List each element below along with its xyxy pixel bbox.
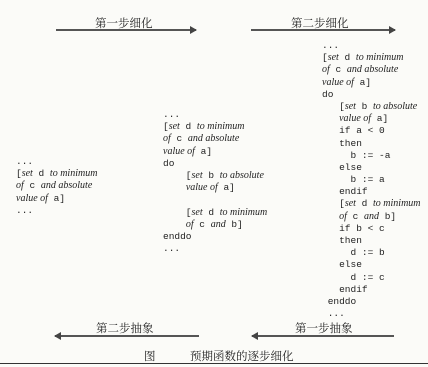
arrow-right-icon — [251, 29, 395, 31]
code-text: endif — [322, 186, 368, 197]
code-text: [ — [163, 170, 192, 181]
code-text: enddo — [163, 231, 192, 242]
code-line: do — [322, 89, 421, 101]
code-line: then — [322, 235, 421, 247]
code-text: do — [322, 89, 333, 100]
code-text: b — [356, 101, 373, 112]
code-text: then — [322, 138, 362, 149]
pseudocode-text: to minimum — [197, 121, 245, 132]
code-text: ... — [16, 156, 33, 167]
code-line: of c and absolute — [322, 64, 421, 76]
code-line: ... — [16, 156, 97, 168]
code-text: if a < 0 — [322, 125, 385, 136]
code-line: if a < 0 — [322, 125, 421, 137]
code-line: ... — [322, 40, 421, 52]
code-text: if b < c — [322, 223, 385, 234]
pseudocode-text: and absolute — [347, 64, 398, 75]
code-line: [set d to minimum — [163, 207, 267, 219]
pseudocode-text: set — [328, 52, 339, 63]
code-block-step2: ...[set d to minimumof c and absoluteval… — [322, 40, 421, 320]
pseudocode-text: set — [345, 101, 356, 112]
figure-label: 图 — [144, 348, 156, 364]
code-line: [set d to minimum — [163, 121, 267, 133]
code-line: ... — [163, 243, 267, 255]
code-text — [163, 219, 186, 230]
code-line: [set b to absolute — [163, 170, 267, 182]
pseudocode-text: to minimum — [373, 198, 421, 209]
code-line: value of a] — [16, 193, 97, 205]
figure-title: 预期函数的逐步细化 — [190, 348, 294, 364]
caption-underline — [0, 363, 428, 364]
code-text — [322, 113, 339, 124]
code-text: enddo — [322, 296, 356, 307]
code-line: of c and b] — [163, 219, 267, 231]
pseudocode-text: of — [339, 211, 347, 222]
pseudocode-text: value of — [163, 146, 195, 157]
code-text: c — [171, 133, 188, 144]
code-line: b := a — [322, 174, 421, 186]
code-text: ... — [163, 109, 180, 120]
code-line: of c and b] — [322, 211, 421, 223]
pseudocode-text: of — [16, 180, 24, 191]
code-text: a] — [371, 113, 388, 124]
code-line: [set d to minimum — [322, 198, 421, 210]
pseudocode-text: set — [169, 121, 180, 132]
pseudocode-text: to minimum — [50, 168, 98, 179]
pseudocode-text: set — [192, 207, 203, 218]
code-text: d — [356, 198, 373, 209]
code-text: c — [330, 64, 347, 75]
code-line — [163, 194, 267, 206]
code-line: endif — [322, 284, 421, 296]
pseudocode-text: value of — [339, 113, 371, 124]
code-line: else — [322, 162, 421, 174]
code-line: d := b — [322, 247, 421, 259]
code-text: do — [163, 158, 174, 169]
abstract-step1-label: 第一步抽象 — [295, 320, 353, 336]
pseudocode-text: and absolute — [41, 180, 92, 191]
code-line: enddo — [322, 296, 421, 308]
code-text: a] — [218, 182, 235, 193]
code-text: [ — [322, 198, 345, 209]
code-text: b] — [226, 219, 243, 230]
code-line: endif — [322, 186, 421, 198]
pseudocode-text: value of — [186, 182, 218, 193]
code-line: [set b to absolute — [322, 101, 421, 113]
code-line: ... — [16, 205, 97, 217]
pseudocode-text: and — [211, 219, 226, 230]
code-line: [set d to minimum — [16, 168, 97, 180]
code-line: value of a] — [322, 113, 421, 125]
pseudocode-text: to absolute — [220, 170, 264, 181]
code-text: else — [322, 162, 362, 173]
arrow-right-icon — [56, 29, 196, 31]
pseudocode-text: to absolute — [373, 101, 417, 112]
code-text: d — [33, 168, 50, 179]
code-text: c — [194, 219, 211, 230]
code-line: of c and absolute — [163, 133, 267, 145]
code-text: c — [24, 180, 41, 191]
code-text: ... — [16, 205, 33, 216]
code-block-abstract: ...[set d to minimumof c and absoluteval… — [16, 156, 97, 217]
pseudocode-text: value of — [16, 193, 48, 204]
code-text: [ — [163, 207, 192, 218]
pseudocode-text: of — [186, 219, 194, 230]
code-text: a] — [48, 193, 65, 204]
code-text: d — [339, 52, 356, 63]
arrow-left-icon — [252, 335, 394, 337]
pseudocode-text: of — [163, 133, 171, 144]
code-text — [322, 211, 339, 222]
code-text: d — [180, 121, 197, 132]
code-text: d — [203, 207, 220, 218]
pseudocode-text: to minimum — [356, 52, 404, 63]
code-text: then — [322, 235, 362, 246]
code-line: d := c — [322, 272, 421, 284]
code-text: a] — [354, 77, 371, 88]
pseudocode-text: to minimum — [220, 207, 268, 218]
code-line: value of a] — [163, 146, 267, 158]
code-line: value of a] — [163, 182, 267, 194]
code-line: then — [322, 138, 421, 150]
pseudocode-text: of — [322, 64, 330, 75]
code-block-step1: ...[set d to minimumof c and absoluteval… — [163, 109, 267, 255]
code-text: [ — [322, 101, 345, 112]
pseudocode-text: set — [345, 198, 356, 209]
pseudocode-text: set — [22, 168, 33, 179]
code-text: ... — [163, 243, 180, 254]
code-text: c — [347, 211, 364, 222]
code-line: ... — [322, 308, 421, 320]
code-text: d := c — [322, 272, 385, 283]
code-line: else — [322, 259, 421, 271]
code-line: of c and absolute — [16, 180, 97, 192]
code-line: value of a] — [322, 77, 421, 89]
code-text: a] — [195, 146, 212, 157]
pseudocode-text: and absolute — [188, 133, 239, 144]
code-text: b] — [379, 211, 396, 222]
code-line: if b < c — [322, 223, 421, 235]
code-text: d := b — [322, 247, 385, 258]
code-line: do — [163, 158, 267, 170]
code-line: ... — [163, 109, 267, 121]
code-text: else — [322, 259, 362, 270]
code-text: b := -a — [322, 150, 390, 161]
code-text: ... — [322, 40, 339, 51]
abstract-step2-label: 第二步抽象 — [96, 320, 154, 336]
pseudocode-text: set — [192, 170, 203, 181]
arrow-left-icon — [55, 335, 199, 337]
code-line: [set d to minimum — [322, 52, 421, 64]
code-text: ... — [322, 308, 345, 319]
code-line: b := -a — [322, 150, 421, 162]
pseudocode-text: and — [364, 211, 379, 222]
code-line: enddo — [163, 231, 267, 243]
code-text: b := a — [322, 174, 385, 185]
pseudocode-text: value of — [322, 77, 354, 88]
code-text — [163, 182, 186, 193]
code-text: endif — [322, 284, 368, 295]
code-text: b — [203, 170, 220, 181]
